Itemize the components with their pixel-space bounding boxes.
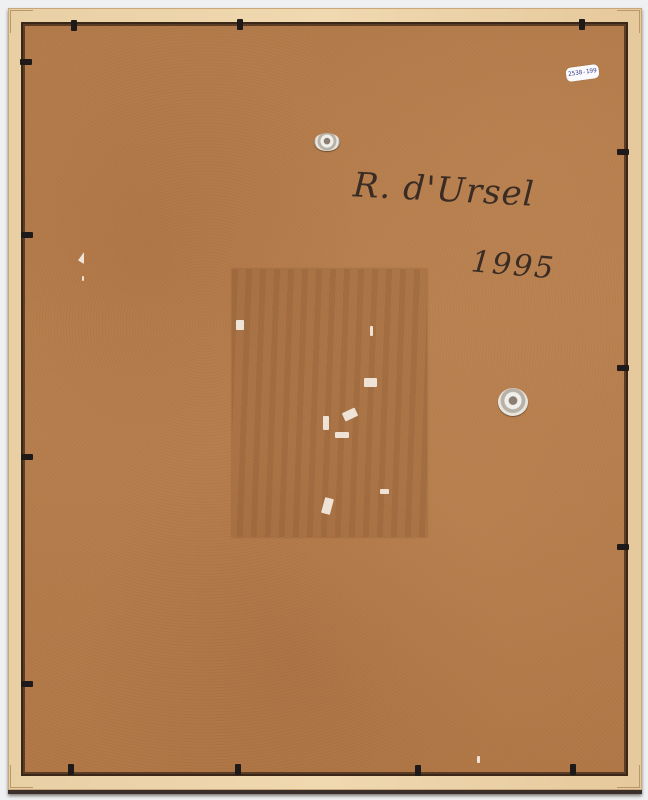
frame-clip-bottom [415,765,421,776]
frame-clip-bottom [570,764,576,775]
frame-clip-left [21,454,33,460]
top-hanger-ring [314,133,340,151]
frame-clip-top [579,19,585,30]
frame-clip-top [71,20,77,31]
frame-clip-left [20,59,32,65]
paper-fleck [370,326,373,336]
paper-fleck [323,416,329,430]
frame-clip-left [21,232,33,238]
paper-fleck [477,756,480,763]
paper-fleck [82,276,84,281]
frame-clip-bottom [235,764,241,775]
right-hanger-ring [498,388,528,416]
artist-signature: R. d'Ursel [352,165,536,214]
paper-fleck [380,489,389,494]
frame-clip-left [21,681,33,687]
frame-clip-right [617,149,629,155]
inventory-sticker: 2538-199 [565,64,600,82]
paper-fleck [335,432,349,438]
inscribed-year: 1995 [470,244,557,286]
paper-fleck [78,252,84,264]
frame-clip-right [617,544,629,550]
hardboard-backing: 2538-199 R. d'Ursel 1995 [25,26,624,772]
paper-fleck [236,320,244,330]
frame-clip-top [237,19,243,30]
frame-clip-bottom [68,764,74,775]
paper-fleck [364,378,377,387]
glue-residue-rectangle [232,269,427,537]
frame-clip-right [617,365,629,371]
